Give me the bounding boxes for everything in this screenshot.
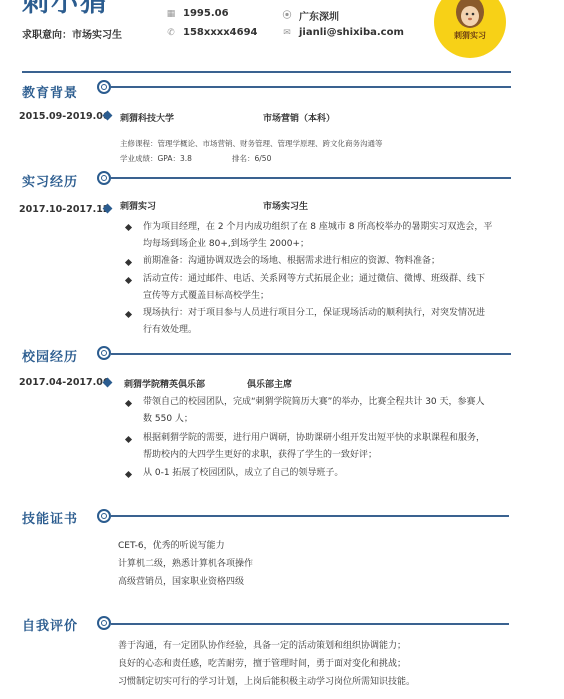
internship-date: 2017.10-2017.12 bbox=[19, 204, 109, 215]
section-ring-icon bbox=[97, 171, 111, 185]
bullet-icon bbox=[125, 436, 132, 443]
bullet-text: 现场执行：对于项目参与人员进行项目分工，保证现场活动的顺利执行，对突发情况进 bbox=[143, 305, 485, 322]
bullet-icon bbox=[125, 400, 132, 407]
avatar: 刺猬实习 bbox=[434, 0, 506, 58]
location: 广东深圳 bbox=[299, 8, 339, 23]
calendar-icon: ▦ bbox=[166, 9, 176, 19]
bullet-text: 均每场到场企业 80+,到场学生 2000+； bbox=[143, 236, 309, 253]
email-info: ✉ jianli@shixiba.com bbox=[282, 27, 404, 38]
bullet-text: 从 0-1 拓展了校园团队，成立了自己的领导班子。 bbox=[143, 465, 343, 482]
phone-info: ✆ 158xxxx4694 bbox=[166, 27, 258, 38]
club-name: 刺猬学院精英俱乐部 bbox=[124, 377, 205, 390]
education-date: 2015.09-2019.06 bbox=[19, 111, 109, 122]
location-pin-icon: ⦿ bbox=[282, 11, 292, 21]
section-line bbox=[111, 177, 511, 179]
school-name: 刺猬科技大学 bbox=[120, 111, 174, 124]
bullet-text: 根据刺猬学院的需要，进行用户调研，协助课研小组开发出短平快的求职课程和服务， bbox=[143, 430, 485, 447]
section-line bbox=[111, 353, 511, 355]
email[interactable]: jianli@shixiba.com bbox=[299, 27, 404, 38]
header-divider bbox=[22, 71, 511, 73]
bullet-icon bbox=[125, 277, 132, 284]
section-ring-icon bbox=[97, 80, 111, 94]
location-info: ⦿ 广东深圳 bbox=[282, 8, 339, 23]
hedgehog-logo-icon bbox=[434, 0, 506, 58]
bullet-text: 行有效处理。 bbox=[143, 322, 197, 339]
birth-date: 1995.06 bbox=[183, 8, 229, 19]
skill-item: 计算机二级，熟悉计算机各项操作 bbox=[118, 556, 253, 569]
birth-info: ▦ 1995.06 bbox=[166, 8, 229, 19]
section-title-education: 教育背景 bbox=[22, 82, 78, 101]
bullet-text: 前期准备：沟通协调双选会的场地、根据需求进行相应的资源、物料准备； bbox=[143, 253, 440, 270]
bullet-icon bbox=[125, 311, 132, 318]
gpa: 学业成绩：GPA：3.8 bbox=[120, 153, 192, 164]
role: 市场实习生 bbox=[263, 199, 308, 212]
section-title-self-evaluation: 自我评价 bbox=[22, 615, 78, 634]
avatar-caption: 刺猬实习 bbox=[434, 30, 506, 41]
section-line bbox=[111, 86, 511, 88]
rank: 排名：6/50 bbox=[232, 153, 271, 164]
self-eval-item: 习惯制定切实可行的学习计划，上岗后能积极主动学习岗位所需知识技能。 bbox=[118, 674, 415, 687]
section-line bbox=[111, 623, 509, 625]
major: 市场营销（本科） bbox=[263, 111, 335, 124]
club-role: 俱乐部主席 bbox=[247, 377, 292, 390]
candidate-name: 刺小猬 bbox=[22, 0, 109, 20]
bullet-text: 带领自己的校园团队，完成“刺猬学院简历大赛”的举办，比赛全程共计 30 天，参赛… bbox=[143, 394, 485, 411]
company-name: 刺猬实习 bbox=[120, 199, 156, 212]
section-title-campus: 校园经历 bbox=[22, 346, 78, 365]
section-line bbox=[111, 515, 509, 517]
job-objective: 求职意向：市场实习生 bbox=[22, 26, 122, 41]
section-ring-icon bbox=[97, 509, 111, 523]
courses: 主修课程：管理学概论、市场营销、财务管理、管理学原理、跨文化商务沟通等 bbox=[120, 138, 383, 149]
bullet-icon bbox=[125, 224, 132, 231]
phone-icon: ✆ bbox=[166, 28, 176, 38]
bullet-text: 帮助校内的大四学生更好的求职，获得了学生的一致好评； bbox=[143, 447, 377, 464]
skill-item: 高级营销员，国家职业资格四级 bbox=[118, 574, 244, 587]
section-ring-icon bbox=[97, 616, 111, 630]
bullet-text: 数 550 人； bbox=[143, 411, 193, 428]
bullet-text: 活动宣传：通过邮件、电话、关系网等方式拓展企业；通过微信、微博、班级群、线下 bbox=[143, 271, 485, 288]
self-eval-item: 善于沟通，有一定团队协作经验，具备一定的活动策划和组织协调能力； bbox=[118, 638, 406, 651]
campus-date: 2017.04-2017.06 bbox=[19, 377, 109, 388]
bullet-icon bbox=[125, 259, 132, 266]
self-eval-item: 良好的心态和责任感，吃苦耐劳，擅于管理时间，勇于面对变化和挑战； bbox=[118, 656, 406, 669]
section-title-internship: 实习经历 bbox=[22, 171, 78, 190]
section-title-skills: 技能证书 bbox=[22, 508, 78, 527]
bullet-text: 作为项目经理，在 2 个月内成功组织了在 8 座城市 8 所高校举办的暑期实习双… bbox=[143, 219, 492, 236]
bullet-text: 宣传等方式覆盖目标高校学生； bbox=[143, 288, 269, 305]
phone-number: 158xxxx4694 bbox=[183, 27, 258, 38]
skill-item: CET-6，优秀的听说写能力 bbox=[118, 538, 225, 551]
mail-icon: ✉ bbox=[282, 28, 292, 38]
bullet-icon bbox=[125, 471, 132, 478]
section-ring-icon bbox=[97, 346, 111, 360]
